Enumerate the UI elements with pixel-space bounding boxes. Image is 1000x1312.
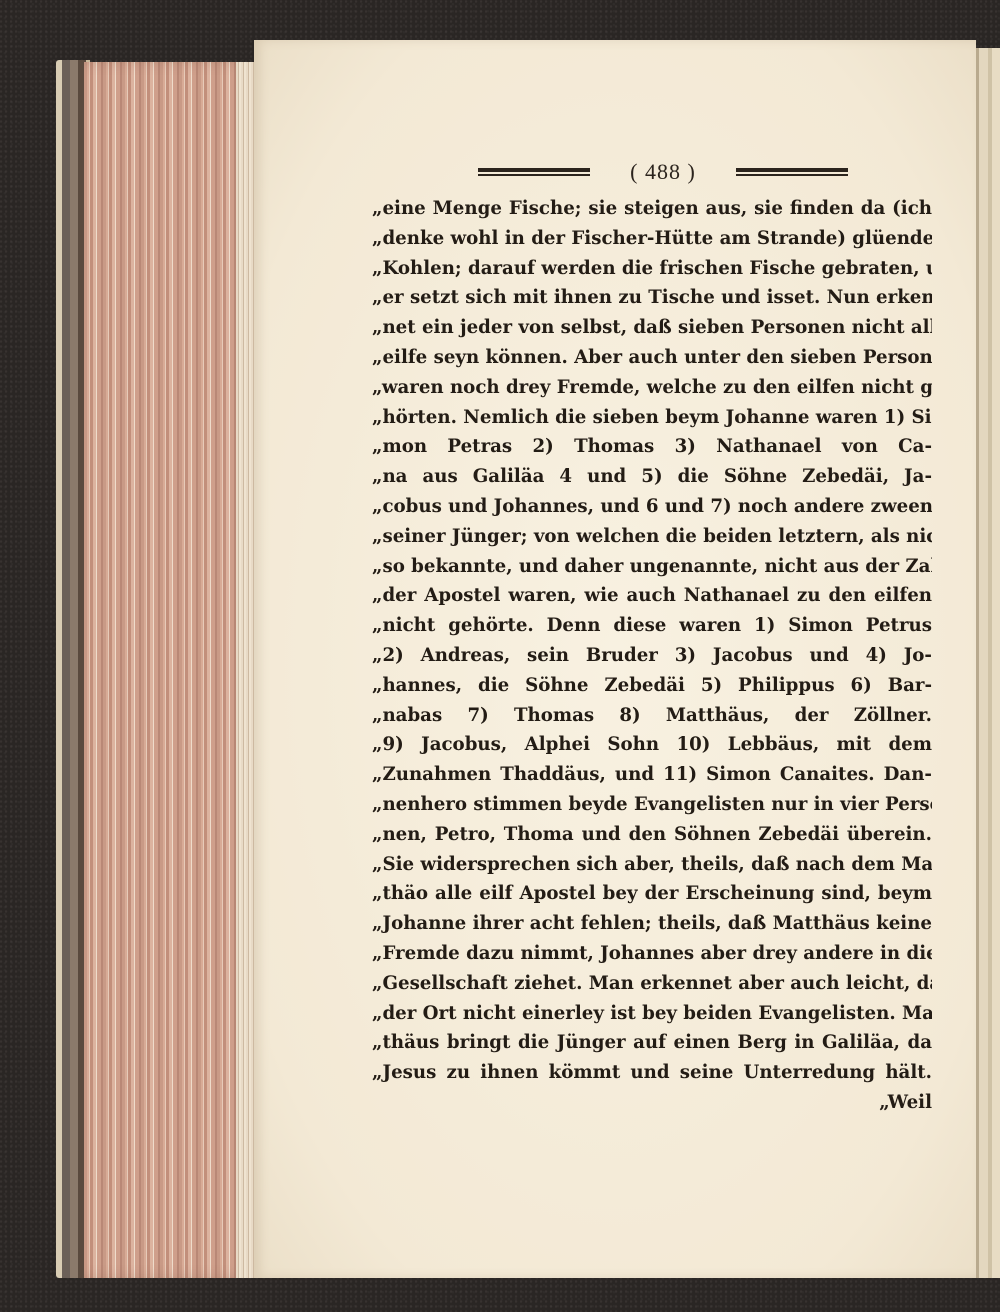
text-line: „cobus und Johannes, und 6 und 7) noch a… xyxy=(372,492,932,522)
text-line: „nen, Petro, Thoma und den Söhnen Zebedä… xyxy=(372,820,932,850)
text-line: „nabas 7) Thomas 8) Matthäus, der Zöllne… xyxy=(372,701,932,731)
text-line: „thäo alle eilf Apostel bey der Erschein… xyxy=(372,879,932,909)
text-line: „hannes, die Söhne Zebedäi 5) Philippus … xyxy=(372,671,932,701)
text-line: „Johanne ihrer acht fehlen; theils, daß … xyxy=(372,909,932,939)
text-line: „na aus Galiläa 4 und 5) die Söhne Zebed… xyxy=(372,462,932,492)
body-text: „eine Menge Fische; sie steigen aus, sie… xyxy=(372,194,932,1118)
text-line: „Sie widersprechen sich aber, theils, da… xyxy=(372,850,932,880)
text-line: „Fremde dazu nimmt, Johannes aber drey a… xyxy=(372,939,932,969)
page-block-fore-edge xyxy=(84,62,254,1278)
text-line: „eine Menge Fische; sie steigen aus, sie… xyxy=(372,194,932,224)
text-line: „Gesellschaft ziehet. Man erkennet aber … xyxy=(372,969,932,999)
text-line: „9) Jacobus, Alphei Sohn 10) Lebbäus, mi… xyxy=(372,730,932,760)
header-rule-left xyxy=(478,168,590,176)
text-line: „seiner Jünger; von welchen die beiden l… xyxy=(372,522,932,552)
header-rule-right xyxy=(736,168,848,176)
text-line: „2) Andreas, sein Bruder 3) Jacobus und … xyxy=(372,641,932,671)
text-line: „denke wohl in der Fischer-Hütte am Stra… xyxy=(372,224,932,254)
text-line: „hörten. Nemlich die sieben beym Johanne… xyxy=(372,403,932,433)
text-line: „so bekannte, und daher ungenannte, nich… xyxy=(372,552,932,582)
text-line: „net ein jeder von selbst, daß sieben Pe… xyxy=(372,313,932,343)
text-line: „Kohlen; darauf werden die frischen Fisc… xyxy=(372,254,932,284)
text-line: „der Ort nicht einerley ist bey beiden E… xyxy=(372,999,932,1029)
page-header: ( 488 ) xyxy=(478,160,848,184)
text-line: „mon Petras 2) Thomas 3) Nathanael von C… xyxy=(372,432,932,462)
page-number: ( 488 ) xyxy=(630,159,696,185)
catchword: „Weil xyxy=(372,1088,932,1118)
text-line: „der Apostel waren, wie auch Nathanael z… xyxy=(372,581,932,611)
text-line: „waren noch drey Fremde, welche zu den e… xyxy=(372,373,932,403)
next-leaf-edge xyxy=(976,48,1000,1278)
text-line: „nenhero stimmen beyde Evangelisten nur … xyxy=(372,790,932,820)
text-line: „eilfe seyn können. Aber auch unter den … xyxy=(372,343,932,373)
text-line: „Jesus zu ihnen kömmt und seine Unterred… xyxy=(372,1058,932,1088)
text-line: „Zunahmen Thaddäus, und 11) Simon Canait… xyxy=(372,760,932,790)
text-line: „nicht gehörte. Denn diese waren 1) Simo… xyxy=(372,611,932,641)
text-line: „thäus bringt die Jünger auf einen Berg … xyxy=(372,1028,932,1058)
text-line: „er setzt sich mit ihnen zu Tische und i… xyxy=(372,283,932,313)
